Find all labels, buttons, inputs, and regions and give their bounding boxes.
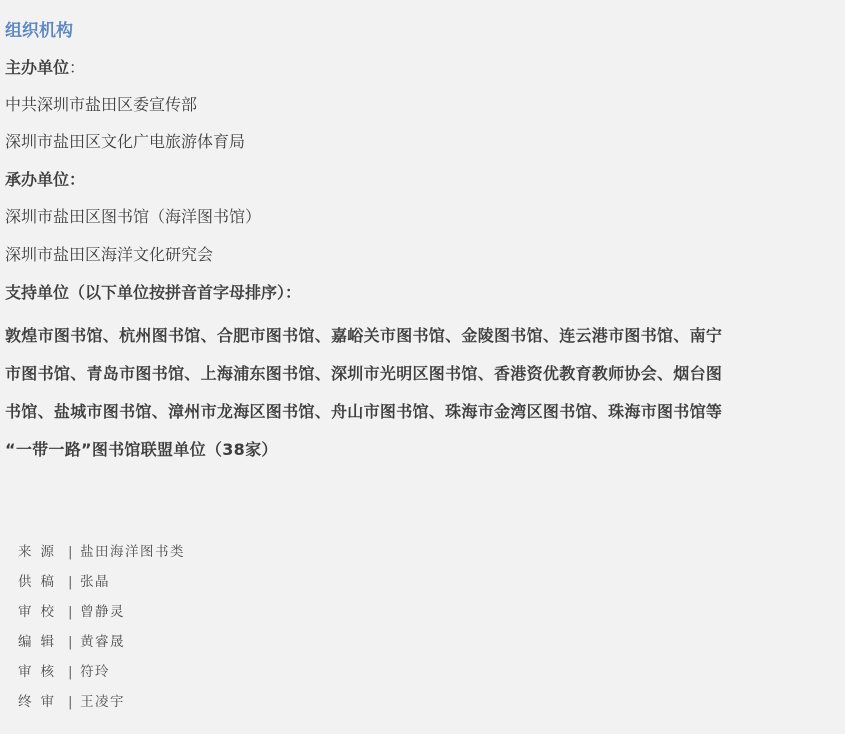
supporters-line: 书馆、盐城市图书馆、漳州市龙海区图书馆、舟山市图书馆、珠海市金湾区图书馆、珠海市…	[5, 393, 845, 431]
host-item: 中共深圳市盐田区委宣传部	[5, 93, 197, 117]
credit-row-contributor: 供稿|张晶	[18, 570, 185, 600]
supporters-list: 敦煌市图书馆、杭州图书馆、合肥市图书馆、嘉峪关市图书馆、金陵图书馆、连云港市图书…	[5, 317, 845, 469]
credit-label: 审核	[18, 660, 66, 684]
credit-value: 王凌宇	[80, 694, 125, 710]
host-colon: ：	[69, 58, 85, 77]
credit-row-editor: 编辑|黄睿晟	[18, 630, 185, 660]
organizer-item: 深圳市盐田区海洋文化研究会	[5, 243, 213, 267]
supporters-line: 市图书馆、青岛市图书馆、上海浦东图书馆、深圳市光明区图书馆、香港资优教育教师协会…	[5, 355, 845, 393]
credit-separator: |	[68, 690, 74, 714]
organizer-label: 承办单位：	[5, 168, 85, 192]
credit-value: 符玲	[80, 664, 110, 680]
organizer-item: 深圳市盐田区图书馆（海洋图书馆）	[5, 205, 261, 229]
credit-row-source: 来源|盐田海洋图书类	[18, 540, 185, 570]
host-label: 主办单位	[5, 58, 69, 77]
section-title: 组织机构	[5, 19, 73, 43]
credit-label: 终审	[18, 690, 66, 714]
credit-separator: |	[68, 570, 74, 594]
credit-row-final-review: 终审|王凌宇	[18, 690, 185, 720]
credit-separator: |	[68, 600, 74, 624]
credit-separator: |	[68, 630, 74, 654]
credit-label: 审校	[18, 600, 66, 624]
host-item: 深圳市盐田区文化广电旅游体育局	[5, 130, 245, 154]
credit-label: 供稿	[18, 570, 66, 594]
credit-value: 黄睿晟	[80, 634, 125, 650]
supporters-line: 敦煌市图书馆、杭州图书馆、合肥市图书馆、嘉峪关市图书馆、金陵图书馆、连云港市图书…	[5, 317, 845, 355]
credit-row-proofreader: 审校|曾静灵	[18, 600, 185, 630]
host-label-line: 主办单位：	[5, 56, 85, 80]
credit-value: 曾静灵	[80, 604, 125, 620]
credit-row-reviewer: 审核|符玲	[18, 660, 185, 690]
supporters-line: “一带一路”图书馆联盟单位（38家）	[5, 431, 845, 469]
credit-separator: |	[68, 660, 74, 684]
credit-label: 来源	[18, 540, 66, 564]
credit-value: 盐田海洋图书类	[80, 544, 185, 560]
credits-block: 来源|盐田海洋图书类 供稿|张晶 审校|曾静灵 编辑|黄睿晟 审核|符玲 终审|…	[18, 540, 185, 720]
credit-value: 张晶	[80, 574, 110, 590]
supporters-label: 支持单位（以下单位按拼音首字母排序）：	[5, 281, 301, 305]
credit-separator: |	[68, 540, 74, 564]
credit-label: 编辑	[18, 630, 66, 654]
